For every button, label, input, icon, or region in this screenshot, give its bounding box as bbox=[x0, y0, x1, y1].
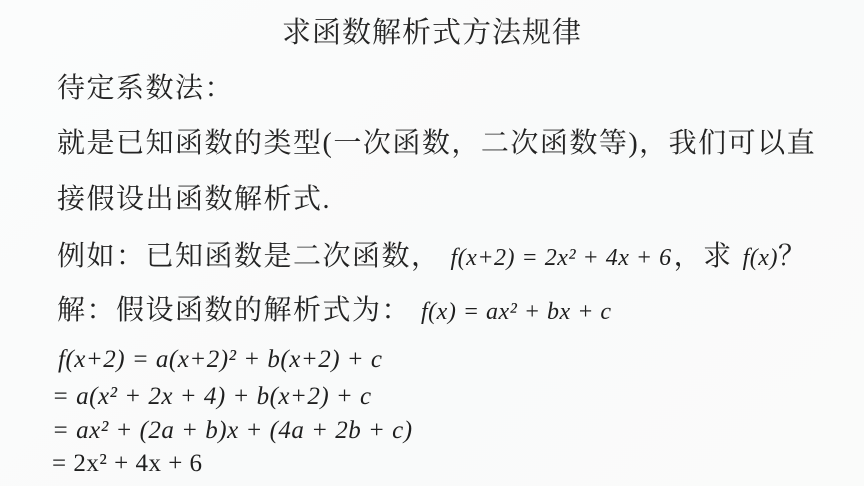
solution-prefix: 解：假设函数的解析式为： bbox=[57, 295, 411, 326]
document-page: 求函数解析式方法规律 待定系数法： 就是已知函数的类型(一次函数，二次函数等)，… bbox=[0, 0, 864, 486]
method-description-line1: 就是已知函数的类型(一次函数，二次函数等)，我们可以直 bbox=[57, 121, 816, 161]
example-middle: ，求 bbox=[674, 241, 733, 272]
derivation-line-4: = 2x² + 4x + 6 bbox=[52, 450, 203, 478]
example-given-formula: f(x+2) = 2x² + 4x + 6 bbox=[451, 245, 672, 271]
example-target-formula: f(x) bbox=[743, 245, 778, 271]
example-prefix: 例如：已知函数是二次函数， bbox=[57, 241, 441, 272]
example-suffix: ？ bbox=[778, 241, 808, 272]
solution-assumed-formula: f(x) = ax² + bx + c bbox=[421, 299, 612, 325]
solution-line: 解：假设函数的解析式为：f(x) = ax² + bx + c bbox=[57, 288, 612, 328]
page-title: 求函数解析式方法规律 bbox=[0, 10, 864, 51]
method-description-line2: 接假设出函数解析式. bbox=[57, 177, 331, 217]
derivation-line-1: f(x+2) = a(x+2)² + b(x+2) + c bbox=[58, 346, 383, 374]
derivation-line-3: = ax² + (2a + b)x + (4a + 2b + c) bbox=[52, 417, 413, 445]
example-line: 例如：已知函数是二次函数，f(x+2) = 2x² + 4x + 6，求f(x)… bbox=[57, 234, 807, 274]
derivation-line-2: = a(x² + 2x + 4) + b(x+2) + c bbox=[52, 383, 372, 411]
method-heading: 待定系数法： bbox=[57, 66, 234, 106]
